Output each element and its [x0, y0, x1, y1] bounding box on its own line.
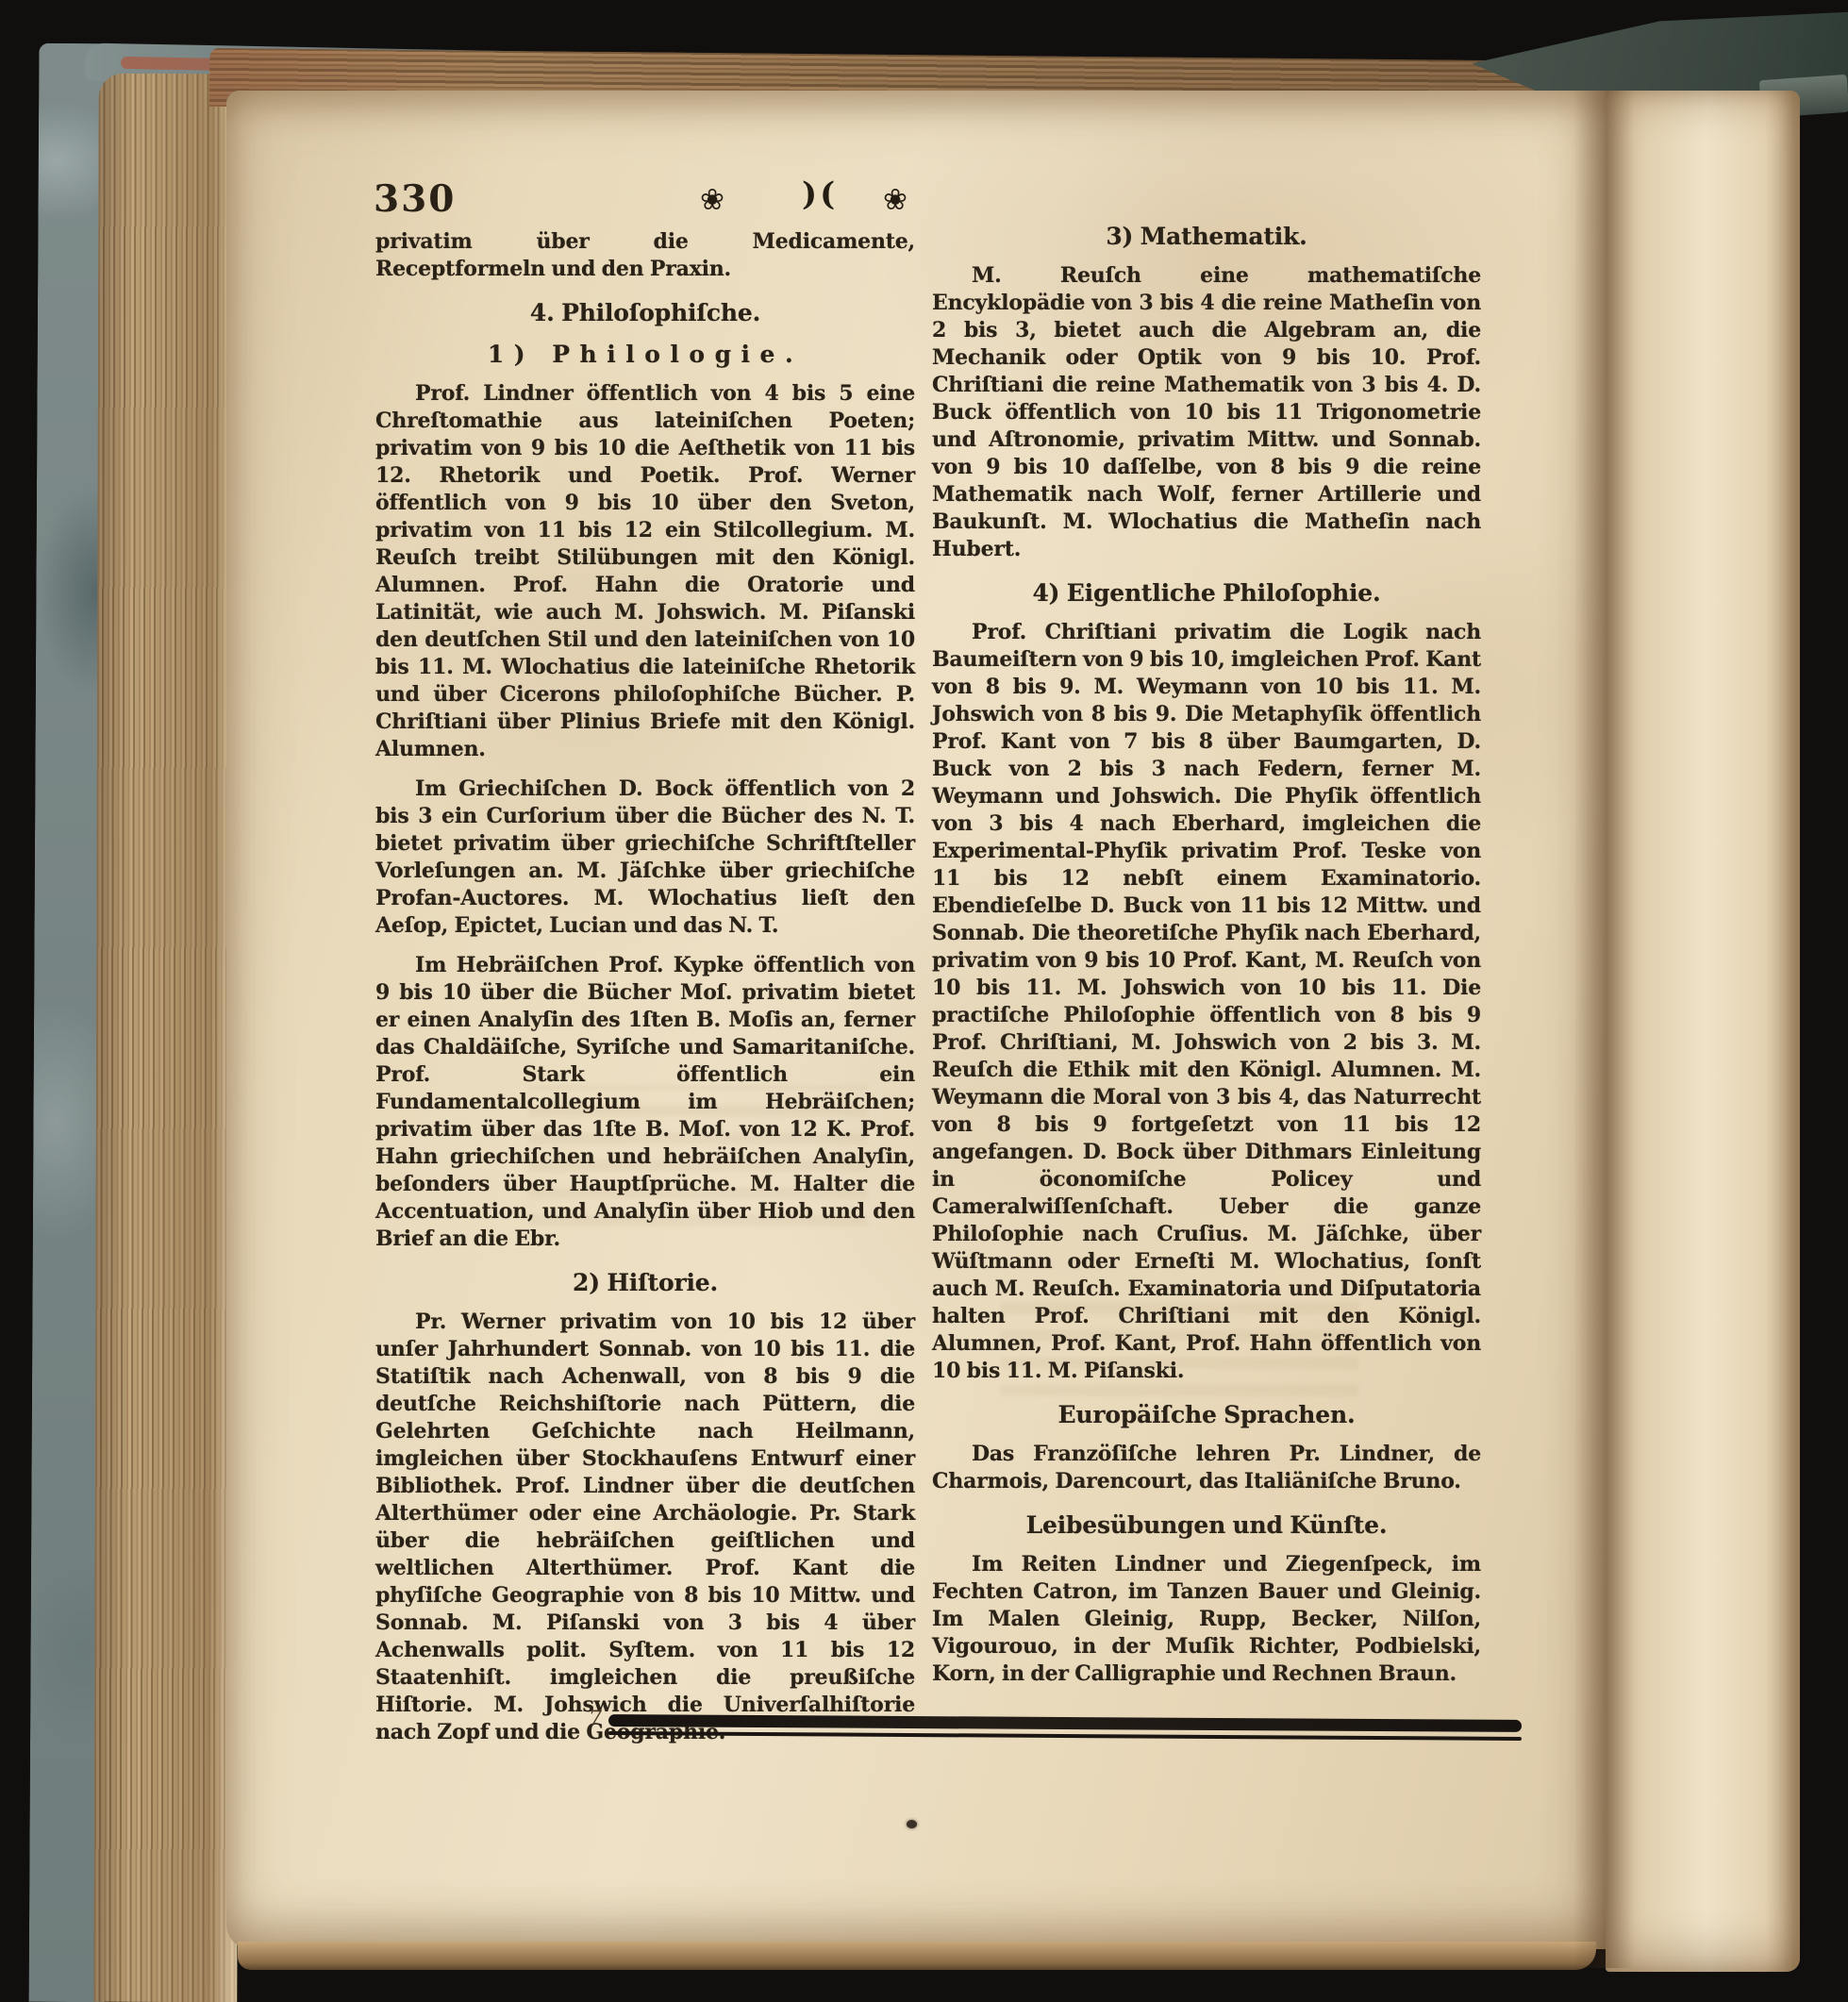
facing-page	[1606, 91, 1800, 1972]
heading-leibesuebungen: Leibesübungen und Künſte.	[932, 1511, 1481, 1539]
heading-historie: 2) Hiſtorie.	[375, 1269, 915, 1296]
paragraph-mathematik: M. Reuſch eine mathematiſche Encyklopädi…	[932, 262, 1481, 563]
paragraph-griechisch: Im Griechiſchen D. Bock öffentlich von 2…	[375, 776, 915, 940]
footer-ink-mark: 7	[589, 1708, 602, 1731]
floral-ornament-icon: ❀	[883, 183, 907, 217]
floral-ornament-icon: ❀	[700, 183, 724, 217]
paragraph-eigentliche-philosophie: Prof. Chriſtiani privatim die Logik nach…	[932, 619, 1481, 1385]
heading-eigentliche-philosophie: 4) Eigentliche Philoſophie.	[932, 579, 1481, 607]
heading-philologie: 1) Philologie.	[375, 341, 915, 368]
right-column: 3) Mathematik. M. Reuſch eine mathematiſ…	[932, 223, 1481, 1688]
book-photo: 330 ❀ )( ❀ privatim über die Medicamente…	[0, 0, 1848, 2002]
paragraph-leibesuebungen: Im Reiten Lindner und Ziegenſpeck, im Fe…	[932, 1551, 1481, 1688]
heading-mathematik: 3) Mathematik.	[932, 223, 1481, 250]
heading-philosophische: 4. Philoſophiſche.	[375, 299, 915, 326]
page-bottom-edge	[238, 1942, 1596, 1970]
left-column: privatim über die Medicamente, Receptfor…	[375, 228, 915, 1746]
paragraph-medicamente-continuation: privatim über die Medicamente, Receptfor…	[375, 228, 915, 283]
heading-europaeische-sprachen: Europäiſche Sprachen.	[932, 1401, 1481, 1428]
paragraph-hebraeisch: Im Hebräiſchen Prof. Kypke öffentlich vo…	[375, 952, 915, 1253]
signature-mark: )(	[802, 175, 838, 213]
gutter-shadow	[1573, 91, 1634, 1968]
page-number: 330	[374, 177, 456, 221]
page-stack-fore-edge	[93, 74, 241, 2002]
paragraph-historie: Pr. Werner privatim von 10 bis 12 über u…	[375, 1309, 915, 1746]
ink-dot	[907, 1820, 917, 1828]
paragraph-sprachen: Das Franzöſiſche lehren Pr. Lindner, de …	[932, 1441, 1481, 1495]
paragraph-philologie: Prof. Lindner öffentlich von 4 bis 5 ein…	[375, 380, 915, 763]
